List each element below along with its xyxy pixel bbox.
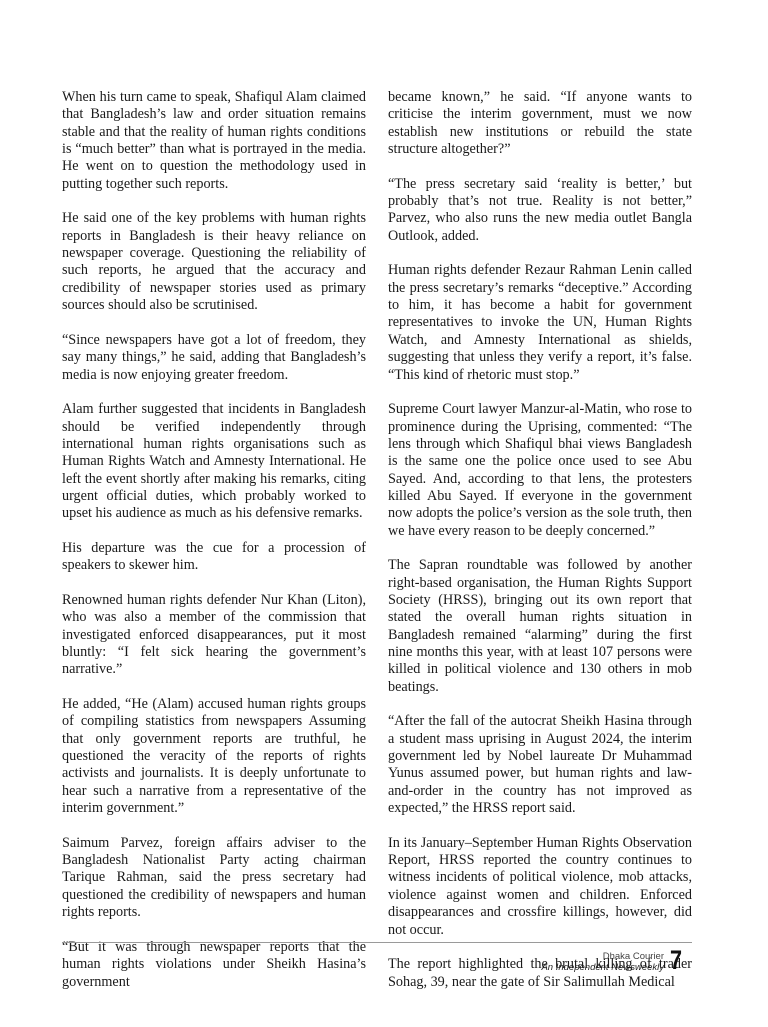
paragraph: Alam further suggested that incidents in… [62,401,366,522]
publication-tagline: An Independent Newsweekly [541,962,664,973]
article-column-right: became known,” he said. “If anyone wants… [388,89,692,991]
paragraph: “But it was through newspaper reports th… [62,939,366,991]
paragraph: “Since newspapers have got a lot of free… [62,332,366,384]
paragraph: Saimum Parvez, foreign affairs adviser t… [62,835,366,922]
publication-name: Dhaka Courier [541,951,664,962]
paragraph: Supreme Court lawyer Manzur-al-Matin, wh… [388,401,692,540]
footer-masthead: Dhaka Courier An Independent Newsweekly [541,951,664,973]
paragraph: He said one of the key problems with hum… [62,210,366,314]
article-column-left: When his turn came to speak, Shafiqul Al… [62,89,366,991]
magazine-page: When his turn came to speak, Shafiqul Al… [0,0,768,1027]
paragraph: The Sapran roundtable was followed by an… [388,557,692,696]
page-number: 7 [670,946,682,974]
paragraph: His departure was the cue for a processi… [62,540,366,575]
footer-divider [62,942,692,943]
paragraph: When his turn came to speak, Shafiqul Al… [62,89,366,193]
paragraph: “The press secretary said ‘reality is be… [388,176,692,245]
paragraph: In its January–September Human Rights Ob… [388,835,692,939]
paragraph: Human rights defender Rezaur Rahman Leni… [388,262,692,383]
paragraph: Renowned human rights defender Nur Khan … [62,592,366,679]
paragraph: became known,” he said. “If anyone wants… [388,89,692,158]
paragraph: He added, “He (Alam) accused human right… [62,696,366,817]
paragraph: “After the fall of the autocrat Sheikh H… [388,713,692,817]
